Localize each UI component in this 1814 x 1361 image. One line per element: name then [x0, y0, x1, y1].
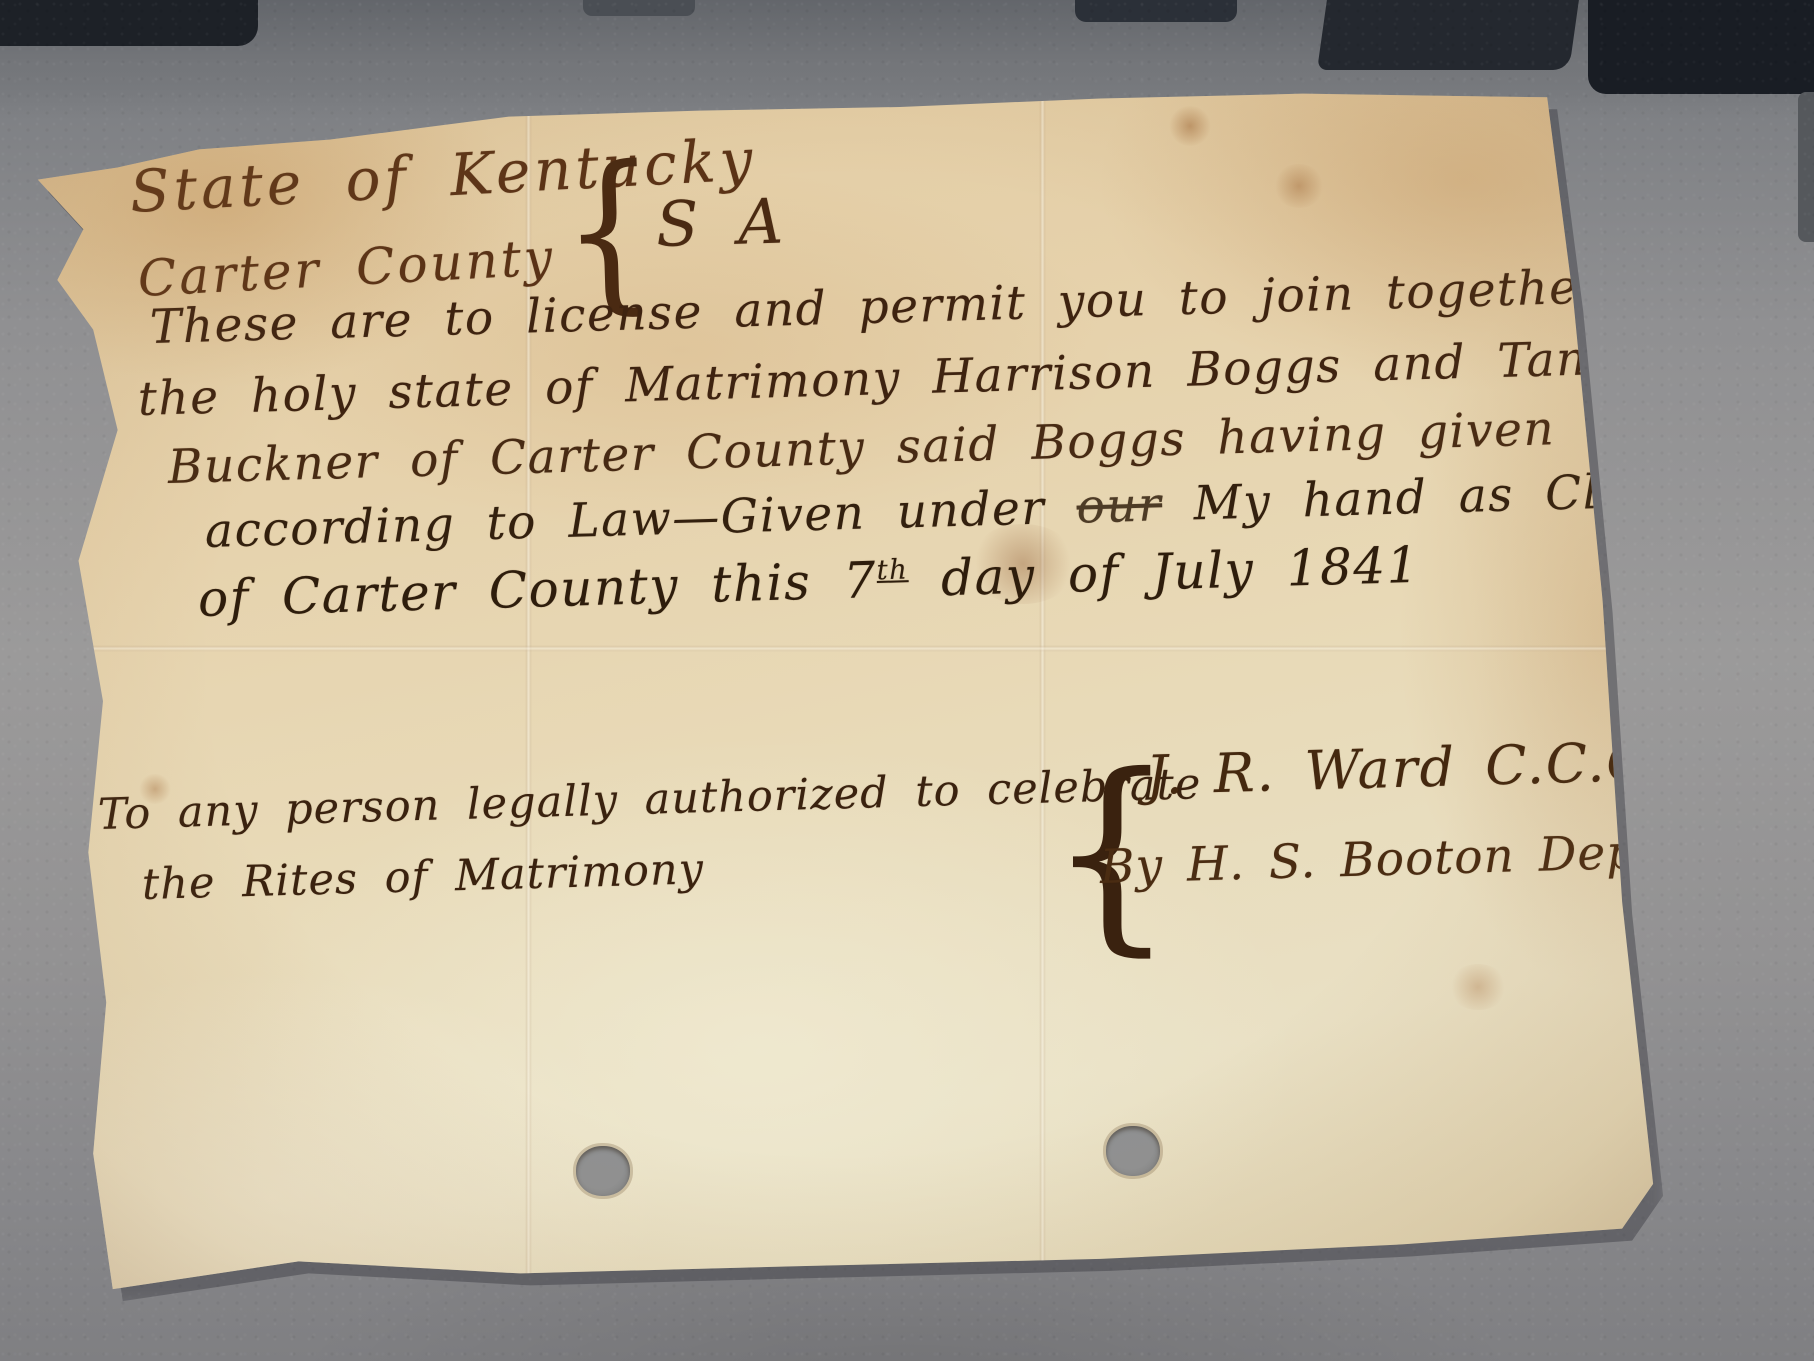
doc-body-line-4-struck-word: our — [1076, 477, 1163, 534]
dark-tile — [0, 0, 258, 46]
doc-addressee-line-1: To any person legally authorized to cele… — [97, 759, 1202, 840]
punch-hole-left — [576, 1146, 630, 1196]
dark-tile — [1798, 92, 1814, 242]
dark-tile — [1588, 0, 1814, 94]
doc-signature-clerk: J. R. Ward C.C.C. — [1145, 729, 1668, 807]
doc-body-line-4-pre: according to Law—Given under — [204, 480, 1077, 559]
fold-crease-horizontal — [58, 646, 1618, 651]
doc-body-line-5-post: day of July 1841 — [908, 536, 1421, 608]
document-paper: State of Kentucky Carter County { S A Th… — [28, 84, 1658, 1294]
doc-scilicet-mark: S A — [655, 184, 794, 261]
foxing-stain — [1448, 964, 1508, 1010]
doc-body-line-4-post: My hand as Clerk — [1161, 463, 1683, 533]
foxing-stain — [1273, 164, 1325, 208]
doc-body-line-5-ordinal: th — [876, 554, 909, 587]
doc-body-line-5-pre: of Carter County this 7 — [197, 551, 877, 628]
punch-hole-right — [1106, 1126, 1160, 1176]
photo-background: State of Kentucky Carter County { S A Th… — [0, 0, 1814, 1361]
dark-tile — [1075, 0, 1237, 22]
dark-tile — [1317, 0, 1579, 70]
dark-tile — [583, 0, 695, 16]
doc-addressee-line-2: the Rites of Matrimony — [141, 844, 704, 910]
foxing-stain — [1168, 106, 1212, 146]
